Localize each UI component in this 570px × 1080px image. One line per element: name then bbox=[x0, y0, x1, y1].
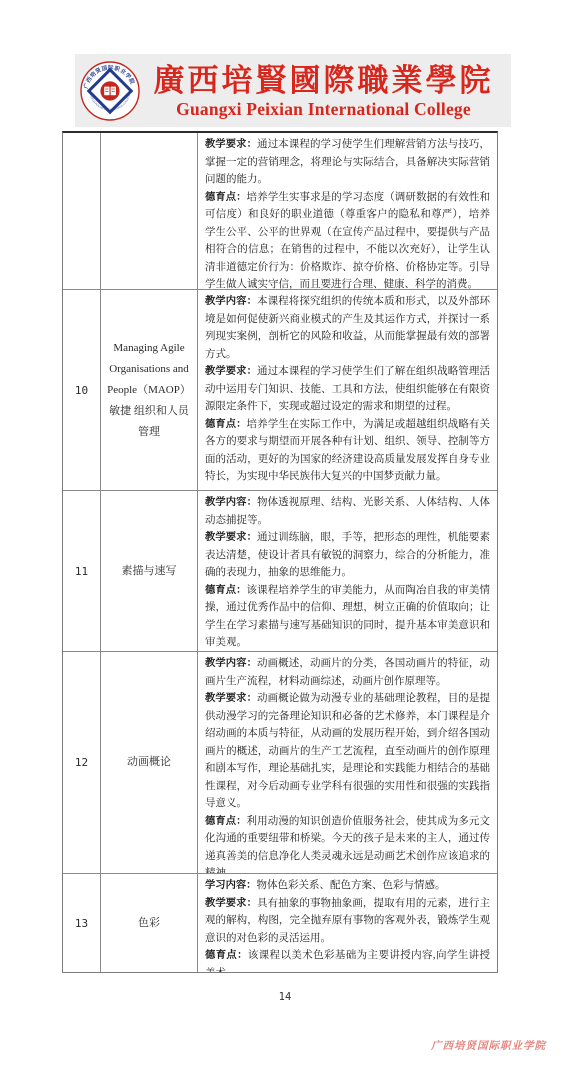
paragraph-text: 该课程培养学生的审美能力，从而陶冶自我的审美情操，通过优秀作品中的信仰、理想，树… bbox=[205, 585, 490, 649]
paragraph: 教学要求：动画概论做为动漫专业的基础理论教程，目的是提供动漫学习的完备理论知识和… bbox=[205, 690, 490, 813]
paragraph-label: 教学内容： bbox=[205, 295, 257, 307]
document-page: 广西培贤国际职业学院 GUANGXI PEIXIAN INTERNATIONAL… bbox=[0, 0, 570, 1080]
paragraph: 教学内容：动画概述，动画片的分类，各国动画片的特征，动画片生产流程，材料动画综述… bbox=[205, 655, 490, 690]
paragraph: 学习内容：物体色彩关系、配色方案、色彩与情感。 bbox=[205, 877, 490, 895]
row-number-cell bbox=[63, 133, 101, 289]
paragraph: 德育点：该课程培养学生的审美能力，从而陶冶自我的审美情操，通过优秀作品中的信仰、… bbox=[205, 582, 490, 652]
paragraph: 教学内容：物体透视原理、结构、光影关系、人体结构、人体动态捕捉等。 bbox=[205, 494, 490, 529]
table-row-11: 11 素描与速写 教学内容：物体透视原理、结构、光影关系、人体结构、人体动态捕捉… bbox=[63, 491, 497, 652]
row-number-cell: 11 bbox=[63, 491, 101, 651]
paragraph-text: 培养学生在实际工作中，为满足或超越组织战略有关各方的要求与期望而开展各种有计划、… bbox=[205, 419, 490, 483]
course-name-cell: Managing Agile Organisations and People（… bbox=[101, 290, 198, 490]
college-header: 广西培贤国际职业学院 GUANGXI PEIXIAN INTERNATIONAL… bbox=[75, 54, 511, 127]
college-logo-icon: 广西培贤国际职业学院 GUANGXI PEIXIAN INTERNATIONAL… bbox=[80, 61, 140, 121]
paragraph-text: 该课程以美术色彩基础为主要讲授内容,向学生讲授美术、 bbox=[205, 950, 490, 972]
paragraph: 教学要求：通过训练脑，眼，手等，把形态的理性，机能要素表达清楚，使设计者具有敏锐… bbox=[205, 529, 490, 582]
table-row-12: 12 动画概论 教学内容：动画概述，动画片的分类，各国动画片的特征，动画片生产流… bbox=[63, 652, 497, 874]
paragraph: 教学要求：具有抽象的事物抽象画，提取有用的元素，进行主观的解构，构图，完全抛弃原… bbox=[205, 895, 490, 948]
paragraph-text: 物体色彩关系、配色方案、色彩与情感。 bbox=[256, 880, 445, 891]
course-name-cell: 动画概论 bbox=[101, 652, 198, 873]
paragraph-label: 德育点： bbox=[205, 815, 247, 827]
course-table: 教学要求：通过本课程的学习使学生们理解营销方法与技巧，掌握一定的营销理念，将理论… bbox=[62, 131, 498, 973]
paragraph-label: 教学要求： bbox=[205, 692, 257, 704]
table-row-10: 10 Managing Agile Organisations and Peop… bbox=[63, 290, 497, 491]
course-description-cell: 教学内容：本课程将探究组织的传统本质和形式，以及外部环境是如何促使新兴商业模式的… bbox=[198, 290, 497, 490]
paragraph: 德育点：利用动漫的知识创造价值服务社会，使其成为多元文化沟通的重要纽带和桥梁。今… bbox=[205, 813, 490, 874]
course-name-cell bbox=[101, 133, 198, 289]
paragraph-text: 利用动漫的知识创造价值服务社会，使其成为多元文化沟通的重要纽带和桥梁。今天的孩子… bbox=[205, 816, 490, 874]
table-row-continuation: 教学要求：通过本课程的学习使学生们理解营销方法与技巧，掌握一定的营销理念，将理论… bbox=[63, 133, 497, 290]
watermark: 广西培贤国际职业学院 bbox=[431, 1038, 546, 1053]
paragraph: 德育点：培养学生实事求是的学习态度（调研数据的有效性和可信度）和良好的职业道德（… bbox=[205, 189, 490, 290]
course-description-cell: 教学内容：动画概述，动画片的分类，各国动画片的特征，动画片生产流程，材料动画综述… bbox=[198, 652, 497, 873]
paragraph-text: 动画概论做为动漫专业的基础理论教程，目的是提供动漫学习的完备理论知识和必备的艺术… bbox=[205, 693, 490, 809]
paragraph-label: 教学要求： bbox=[205, 138, 257, 150]
course-name-cell: 色彩 bbox=[101, 874, 198, 972]
paragraph: 教学要求：通过本课程的学习使学生们了解在组织战略管理活动中运用专门知识、技能、工… bbox=[205, 363, 490, 416]
paragraph: 德育点：该课程以美术色彩基础为主要讲授内容,向学生讲授美术、 bbox=[205, 947, 490, 972]
paragraph-text: 培养学生实事求是的学习态度（调研数据的有效性和可信度）和良好的职业道德（尊重客户… bbox=[205, 192, 490, 290]
paragraph-label: 德育点： bbox=[205, 191, 247, 203]
paragraph-label: 学习内容： bbox=[205, 879, 256, 891]
table-row-13: 13 色彩 学习内容：物体色彩关系、配色方案、色彩与情感。 教学要求：具有抽象的… bbox=[63, 874, 497, 972]
row-number-cell: 10 bbox=[63, 290, 101, 490]
college-name-zh: 廣西培賢國際職業學院 bbox=[140, 63, 507, 99]
paragraph-label: 德育点： bbox=[205, 584, 247, 596]
paragraph: 德育点：培养学生在实际工作中，为满足或超越组织战略有关各方的要求与期望而开展各种… bbox=[205, 416, 490, 486]
paragraph: 教学要求：通过本课程的学习使学生们理解营销方法与技巧，掌握一定的营销理念，将理论… bbox=[205, 136, 490, 189]
college-title-block: 廣西培賢國際職業學院 Guangxi Peixian International… bbox=[140, 63, 511, 119]
row-number-cell: 12 bbox=[63, 652, 101, 873]
paragraph-label: 教学要求： bbox=[205, 531, 257, 543]
paragraph-label: 德育点： bbox=[205, 949, 248, 961]
paragraph-label: 教学要求： bbox=[205, 365, 257, 377]
paragraph-label: 教学内容： bbox=[205, 657, 257, 669]
college-name-en: Guangxi Peixian International College bbox=[140, 99, 507, 119]
course-description-cell: 教学内容：物体透视原理、结构、光影关系、人体结构、人体动态捕捉等。 教学要求：通… bbox=[198, 491, 497, 651]
paragraph-label: 教学要求： bbox=[205, 897, 257, 909]
row-number-cell: 13 bbox=[63, 874, 101, 972]
course-name-cell: 素描与速写 bbox=[101, 491, 198, 651]
course-description-cell: 学习内容：物体色彩关系、配色方案、色彩与情感。 教学要求：具有抽象的事物抽象画，… bbox=[198, 874, 497, 972]
paragraph: 教学内容：本课程将探究组织的传统本质和形式，以及外部环境是如何促使新兴商业模式的… bbox=[205, 293, 490, 363]
course-description-cell: 教学要求：通过本课程的学习使学生们理解营销方法与技巧，掌握一定的营销理念，将理论… bbox=[198, 133, 497, 289]
paragraph-label: 德育点： bbox=[205, 418, 247, 430]
paragraph-label: 教学内容： bbox=[205, 496, 257, 508]
page-number: 14 bbox=[0, 991, 570, 1003]
